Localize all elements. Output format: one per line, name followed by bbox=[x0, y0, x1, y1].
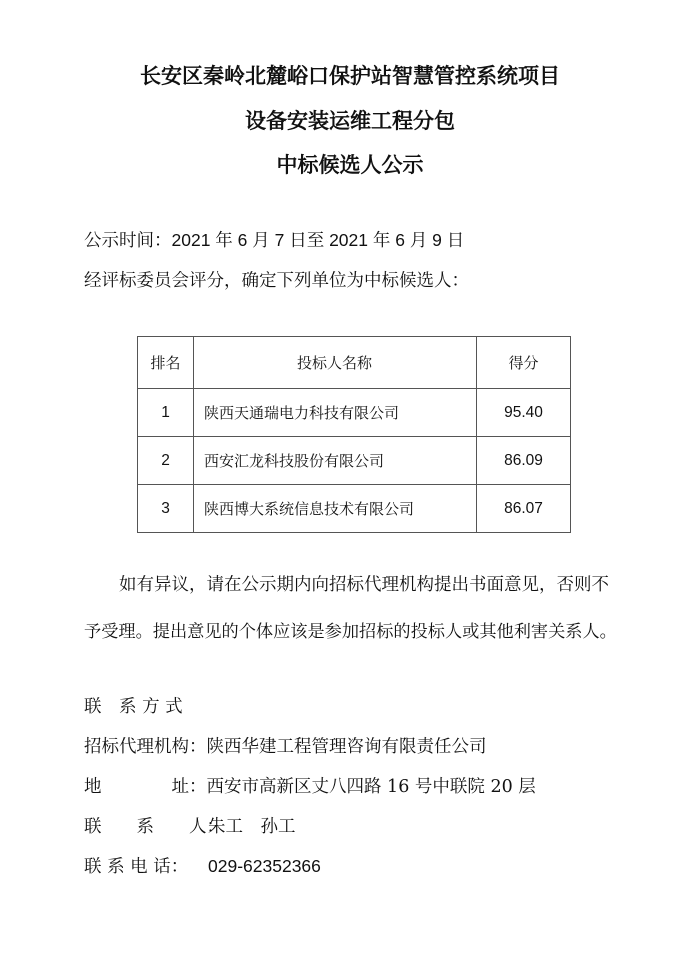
rank-cell: 3 bbox=[138, 485, 194, 533]
table-row: 1 陕西天通瑞电力科技有限公司 95.40 bbox=[138, 389, 571, 437]
objection-line-2: 予受理。提出意见的个体应该是参加招标的投标人或其他利害关系人。 bbox=[84, 617, 617, 642]
phone-value: 029-62352366 bbox=[208, 856, 321, 876]
table-row: 2 西安汇龙科技股份有限公司 86.09 bbox=[138, 437, 571, 485]
score-cell: 95.40 bbox=[477, 389, 571, 437]
contact-heading: 联 系 方 式 bbox=[84, 693, 183, 718]
table-row: 3 陕西博大系统信息技术有限公司 86.07 bbox=[138, 485, 571, 533]
contact-person-row: 联 系 人：朱工 孙工 bbox=[84, 813, 296, 838]
period-label: 公示时间： bbox=[84, 231, 172, 251]
bidder-name-cell: 陕西天通瑞电力科技有限公司 bbox=[194, 389, 477, 437]
publicity-period: 公示时间：2021 年 6 月 7 日至 2021 年 6 月 9 日 bbox=[84, 227, 464, 252]
agency-row: 招标代理机构：陕西华建工程管理咨询有限责任公司 bbox=[84, 733, 487, 758]
period-value: 2021 年 6 月 7 日至 2021 年 6 月 9 日 bbox=[172, 230, 465, 250]
title-line-1: 长安区秦岭北麓峪口保护站智慧管控系统项目 bbox=[0, 60, 700, 90]
score-cell: 86.07 bbox=[477, 485, 571, 533]
title-line-3: 中标候选人公示 bbox=[0, 149, 700, 179]
table-header-row: 排名 投标人名称 得分 bbox=[138, 337, 571, 389]
person-value: 朱工 孙工 bbox=[208, 817, 296, 837]
person-label: 联 系 人： bbox=[84, 813, 208, 838]
header-rank: 排名 bbox=[138, 337, 194, 389]
address-label: 地 址： bbox=[84, 777, 207, 797]
candidates-table: 排名 投标人名称 得分 1 陕西天通瑞电力科技有限公司 95.40 2 西安汇龙… bbox=[137, 336, 571, 533]
agency-value: 陕西华建工程管理咨询有限责任公司 bbox=[207, 737, 487, 757]
objection-line-1: 如有异议，请在公示期内向招标代理机构提出书面意见，否则不 bbox=[119, 571, 609, 596]
bidder-name-cell: 陕西博大系统信息技术有限公司 bbox=[194, 485, 477, 533]
rank-cell: 2 bbox=[138, 437, 194, 485]
title-line-2: 设备安装运维工程分包 bbox=[0, 105, 700, 135]
rank-cell: 1 bbox=[138, 389, 194, 437]
header-bidder-name: 投标人名称 bbox=[194, 337, 477, 389]
phone-row: 联 系 电 话：029-62352366 bbox=[84, 853, 321, 878]
address-value: 西安市高新区丈八四路 16 号中联院 20 层 bbox=[207, 777, 536, 797]
phone-label: 联 系 电 话： bbox=[84, 853, 208, 878]
agency-label: 招标代理机构： bbox=[84, 737, 207, 757]
score-cell: 86.09 bbox=[477, 437, 571, 485]
intro-text: 经评标委员会评分，确定下列单位为中标候选人： bbox=[84, 267, 469, 292]
address-row: 地 址：西安市高新区丈八四路 16 号中联院 20 层 bbox=[84, 773, 536, 798]
bidder-name-cell: 西安汇龙科技股份有限公司 bbox=[194, 437, 477, 485]
header-score: 得分 bbox=[477, 337, 571, 389]
